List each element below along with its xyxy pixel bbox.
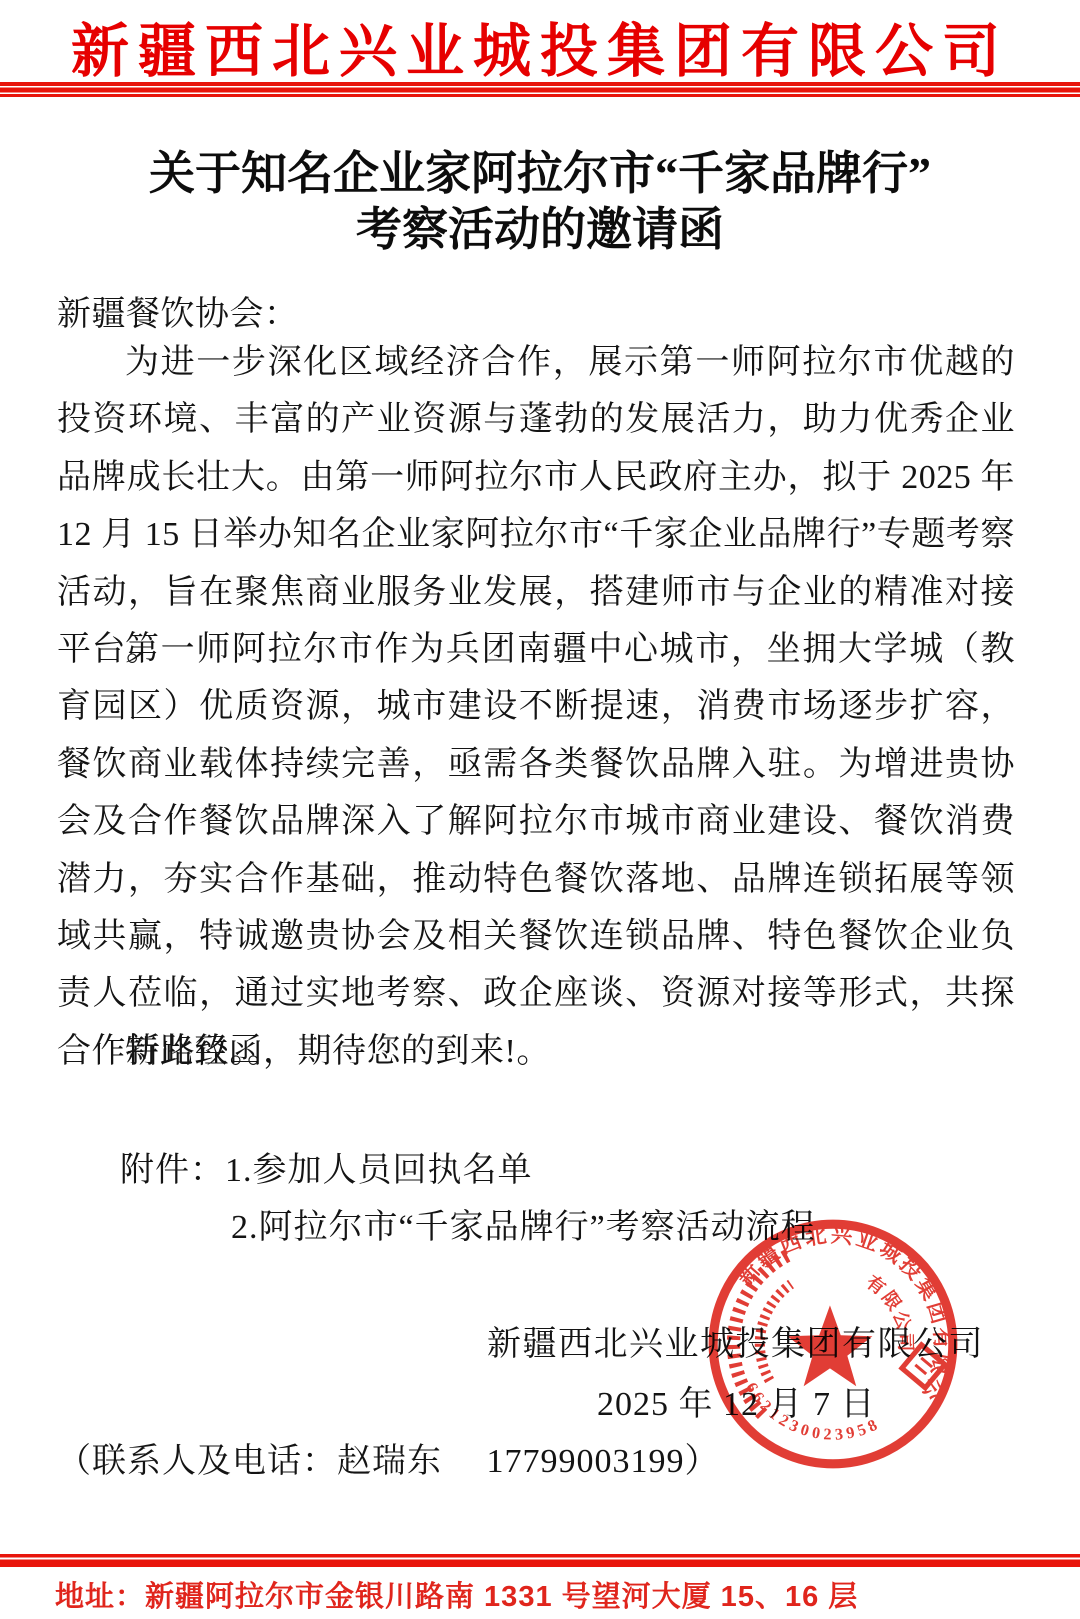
doc-title-line2: 考察活动的邀请函 — [0, 202, 1080, 258]
doc-title: 关于知名企业家阿拉尔市“千家品牌行” 考察活动的邀请函 — [0, 146, 1080, 258]
doc-title-line1: 关于知名企业家阿拉尔市“千家品牌行” — [0, 146, 1080, 202]
body-paragraph-3: 特此致函，期待您的到来!。 — [57, 1023, 1015, 1080]
footer-address: 地址：新疆阿拉尔市金银川路南 1331 号望河大厦 15、16 层 — [55, 1574, 858, 1615]
footer-rule — [0, 1554, 1080, 1567]
attachments-label: 附件： — [120, 1152, 225, 1189]
attachment-item-2: 2.阿拉尔市“千家品牌行”考察活动流程 — [231, 1209, 816, 1246]
attachments-line-1: 附件：1.参加人员回执名单 — [120, 1142, 533, 1199]
contact-line: （联系人及电话：赵瑞东 17799003199） — [57, 1433, 720, 1491]
letterhead-rule — [0, 82, 1080, 97]
attachments-line-2: 2.阿拉尔市“千家品牌行”考察活动流程 — [231, 1199, 816, 1256]
signature-company: 新疆西北兴业城投集团有限公司 — [487, 1316, 984, 1374]
attachment-item-1: 1.参加人员回执名单 — [225, 1152, 533, 1189]
body-paragraph-2: 第一师阿拉尔市作为兵团南疆中心城市，坐拥大学城（教育园区）优质资源，城市建设不断… — [57, 621, 1015, 1080]
signature-date: 2025 年 12 月 7 日 — [597, 1376, 876, 1434]
letterhead-company-name: 新疆西北兴业城投集团有限公司 — [0, 4, 1080, 88]
letter-page: 新疆西北兴业城投集团有限公司 关于知名企业家阿拉尔市“千家品牌行” 考察活动的邀… — [0, 0, 1080, 1619]
